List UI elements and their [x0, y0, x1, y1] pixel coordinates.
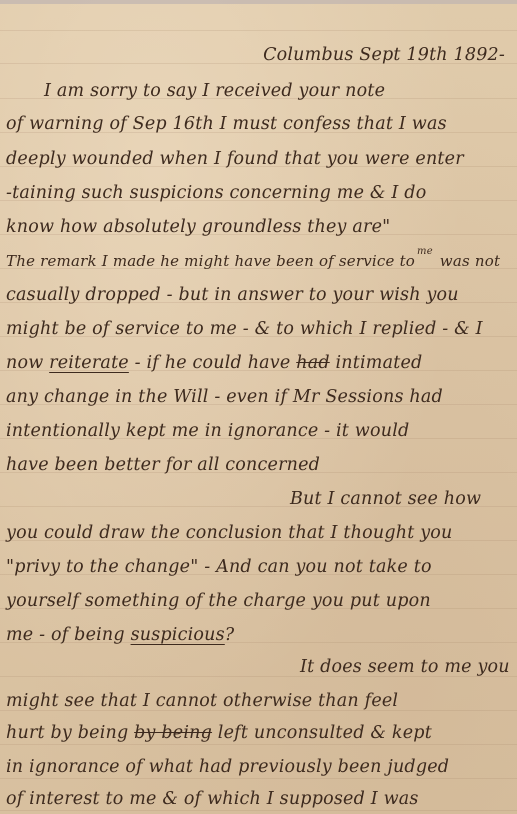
line-text: left unconsulted & kept	[212, 723, 432, 743]
line-text: me - of being	[6, 625, 131, 645]
line-text: was not	[435, 252, 500, 270]
letter-line: It does seem to me you	[300, 656, 517, 678]
underlined-word: reiterate	[49, 353, 129, 373]
letter-line: have been better for all concerned	[6, 454, 516, 476]
letter-line: now reiterate - if he could have had int…	[6, 352, 516, 374]
letter-line: might see that I cannot otherwise than f…	[6, 690, 516, 712]
line-text: now	[6, 353, 49, 373]
letter-line: in ignorance of what had previously been…	[6, 756, 516, 778]
letter-line: know how absolutely groundless they are"	[6, 216, 516, 238]
letter-line: you could draw the conclusion that I tho…	[6, 522, 516, 544]
letter-line: hurt by being by being left unconsulted …	[6, 722, 516, 744]
underlined-word: suspicious	[131, 625, 225, 645]
line-text: - if he could have	[129, 353, 296, 373]
line-text: ?	[225, 625, 235, 645]
letter-line: I am sorry to say I received your note	[44, 80, 517, 102]
letter-line: of warning of Sep 16th I must confess th…	[6, 113, 516, 135]
struck-word: had	[296, 353, 330, 373]
line-text: hurt by being	[6, 723, 134, 743]
ruled-line	[0, 810, 517, 811]
dateline: Columbus Sept 19th 1892-	[0, 44, 505, 66]
letter-line: intentionally kept me in ignorance - it …	[6, 420, 516, 442]
letter-line: might be of service to me - & to which I…	[6, 318, 516, 340]
letter-line: The remark I made he might have been of …	[6, 250, 516, 275]
interlinear-insertion: me	[417, 246, 433, 257]
letter-line: yourself something of the charge you put…	[6, 590, 516, 612]
page-top-edge	[0, 0, 517, 4]
letter-line: But I cannot see how	[290, 488, 517, 510]
letter-line: any change in the Will - even if Mr Sess…	[6, 386, 516, 408]
letter-line: of interest to me & of which I supposed …	[6, 788, 516, 810]
struck-word: by being	[134, 723, 212, 743]
letter-line: me - of being suspicious?	[6, 624, 516, 646]
letter-line: deeply wounded when I found that you wer…	[6, 148, 516, 170]
ruled-line	[0, 744, 517, 745]
line-text: The remark I made he might have been of …	[6, 252, 415, 270]
letter-line: casually dropped - but in answer to your…	[6, 284, 516, 306]
letter-page: Columbus Sept 19th 1892- I am sorry to s…	[0, 0, 517, 814]
ruled-line	[0, 30, 517, 31]
ruled-line	[0, 778, 517, 779]
line-text: intimated	[330, 353, 423, 373]
letter-line: -taining such suspicions concerning me &…	[6, 182, 516, 204]
letter-line: "privy to the change" - And can you not …	[6, 556, 516, 578]
